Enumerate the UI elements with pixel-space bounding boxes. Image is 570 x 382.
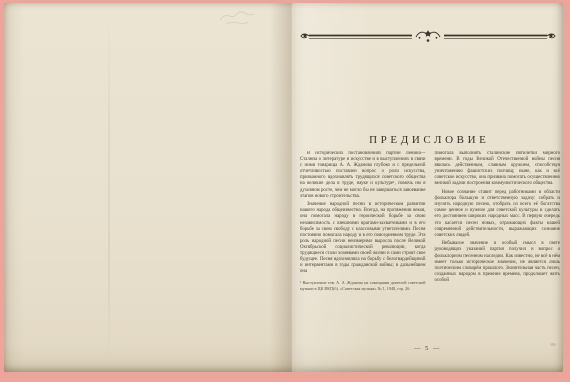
book-scan-photo: ПРЕДИСЛОВИЕ В исторических постановления… (4, 3, 563, 372)
left-text-column: В исторических постановлениях партии Лен… (300, 151, 426, 345)
preface-paragraph: Новое сознание ставит перед работниками … (435, 190, 561, 239)
head-rule-ornament-icon (299, 29, 557, 45)
preface-paragraph: В исторических постановлениях партии Лен… (300, 151, 426, 200)
preface-title: ПРЕДИСЛОВИЕ (292, 134, 563, 146)
preface-paragraph: Небывалое значение и особый смысл в свет… (435, 241, 561, 284)
pencil-smudge-icon (212, 6, 264, 34)
right-page-preface: ПРЕДИСЛОВИЕ В исторических постановления… (292, 3, 563, 372)
footnote: ¹ Выступление тов. А. А. Жданова на сове… (300, 280, 426, 291)
page-number: — 5 — (292, 345, 563, 352)
paper-blemish (550, 343, 556, 346)
right-text-column: помогала выполнять сталинские пятилетки … (435, 151, 561, 345)
preface-text-columns: В исторических постановлениях партии Лен… (300, 151, 560, 345)
left-page-blank (4, 3, 282, 372)
preface-paragraph: Значение народной песни в историческом р… (300, 202, 426, 275)
preface-paragraph: помогала выполнять сталинские пятилетки … (435, 151, 561, 188)
page-crease (108, 11, 110, 363)
